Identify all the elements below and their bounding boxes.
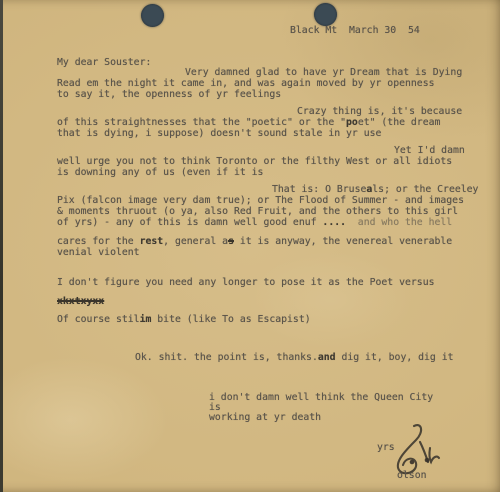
signature-overstrike-mark [425, 458, 430, 463]
text-segment: Ok. shit. the point is, thanks. [135, 352, 318, 363]
text-segment: well urge you not to think Toronto or th… [57, 156, 452, 167]
text-segment: That is: O Bruse [272, 184, 366, 195]
signature-ink [429, 448, 439, 462]
text-segment: & moments thruout (o ya, also Red Fruit,… [57, 206, 458, 217]
text-segment: that is dying, i suppose) doesn't sound … [57, 128, 381, 139]
text-segment: Of course stil [57, 314, 140, 325]
text-segment: venial violent [57, 247, 140, 258]
text-segment: it is anyway, the venereal venerable [234, 236, 452, 247]
letter-line: Yet I'd damn [394, 145, 465, 156]
text-segment: xkxtxyxx [57, 296, 104, 307]
letter-line: That is: O Bruseals; or the Creeley [272, 184, 478, 195]
letter-line: i don't damn well think the Queen City [209, 392, 433, 403]
struck-out-word: xkxtxyxx [57, 296, 104, 307]
letter-line: is downing any of us (even if it is [57, 167, 263, 178]
signature-overstrike-mark [410, 460, 415, 465]
text-segment: Pix (falcon image very dam true); or The… [57, 195, 464, 206]
text-segment: i don't damn well think the Queen City [209, 392, 433, 403]
letter-line: Ok. shit. the point is, thanks.and dig i… [135, 352, 454, 363]
letter-line: cares for the rest, general as it is any… [57, 236, 452, 247]
text-segment: I don't figure you need any longer to po… [57, 277, 435, 288]
letter-page: Black Mt March 30 54My dear Souster:Very… [0, 0, 500, 492]
text-segment: Very damned glad to have yr Dream that i… [185, 67, 462, 78]
letter-line: of yrs) - any of this is damn well good … [57, 217, 452, 228]
letter-line: working at yr death [209, 412, 321, 423]
text-segment: , general a [163, 236, 228, 247]
letter-line: Of course stilim bite (like To as Escapi… [57, 314, 311, 325]
text-segment: rest [140, 236, 164, 247]
text-segment: My dear Souster: [57, 57, 151, 68]
text-segment: to say it, the openness of yr feelings [57, 89, 281, 100]
text-segment: ls; or the Creeley [372, 184, 478, 195]
scanned-letter: { "artifacts": { "punch_holes": 2, "scan… [0, 0, 500, 492]
text-segment: and who the hell [346, 217, 452, 228]
scan-edge [0, 0, 3, 492]
text-segment: Yet I'd damn [394, 145, 465, 156]
text-segment: dig it, boy, dig it [336, 352, 454, 363]
text-segment: of yrs) - any of this is damn well good … [57, 217, 322, 228]
text-segment: cares for the [57, 236, 140, 247]
letter-line: I don't figure you need any longer to po… [57, 277, 435, 288]
letter-line: Read em the night it came in, and was ag… [57, 78, 435, 89]
letter-line: & moments thruout (o ya, also Red Fruit,… [57, 206, 458, 217]
text-segment: bite (like To as Escapist) [151, 314, 310, 325]
letter-line: well urge you not to think Toronto or th… [57, 156, 452, 167]
text-segment: Black Mt March 30 54 [290, 25, 420, 36]
letter-line: of this straightnesses that the "poetic"… [57, 117, 440, 128]
text-segment: po [346, 117, 358, 128]
dateline: Black Mt March 30 54 [290, 25, 420, 36]
letter-line: venial violent [57, 247, 140, 258]
text-segment: im [140, 314, 152, 325]
letter-line: Crazy thing is, it's because [297, 106, 462, 117]
text-segment: yrs [377, 442, 395, 453]
letter-line: Pix (falcon image very dam true); or The… [57, 195, 464, 206]
punch-hole-right [314, 3, 337, 26]
letter-line: Very damned glad to have yr Dream that i… [185, 67, 462, 78]
text-segment: Read em the night it came in, and was ag… [57, 78, 435, 89]
text-segment: and [318, 352, 336, 363]
text-segment: Crazy thing is, it's because [297, 106, 462, 117]
letter-line: that is dying, i suppose) doesn't sound … [57, 128, 381, 139]
closing: yrs [377, 442, 395, 453]
text-segment: is downing any of us (even if it is [57, 167, 263, 178]
text-segment: olson [397, 470, 427, 481]
salutation: My dear Souster: [57, 57, 151, 68]
text-segment: et" (the dream [358, 117, 441, 128]
text-segment: .... [322, 217, 346, 228]
letter-line: to say it, the openness of yr feelings [57, 89, 281, 100]
text-segment: of this straightnesses that the "poetic"… [57, 117, 346, 128]
text-segment: working at yr death [209, 412, 321, 423]
signature-ink [398, 425, 421, 473]
signature-typed: olson [397, 470, 427, 481]
punch-hole-left [141, 4, 164, 27]
